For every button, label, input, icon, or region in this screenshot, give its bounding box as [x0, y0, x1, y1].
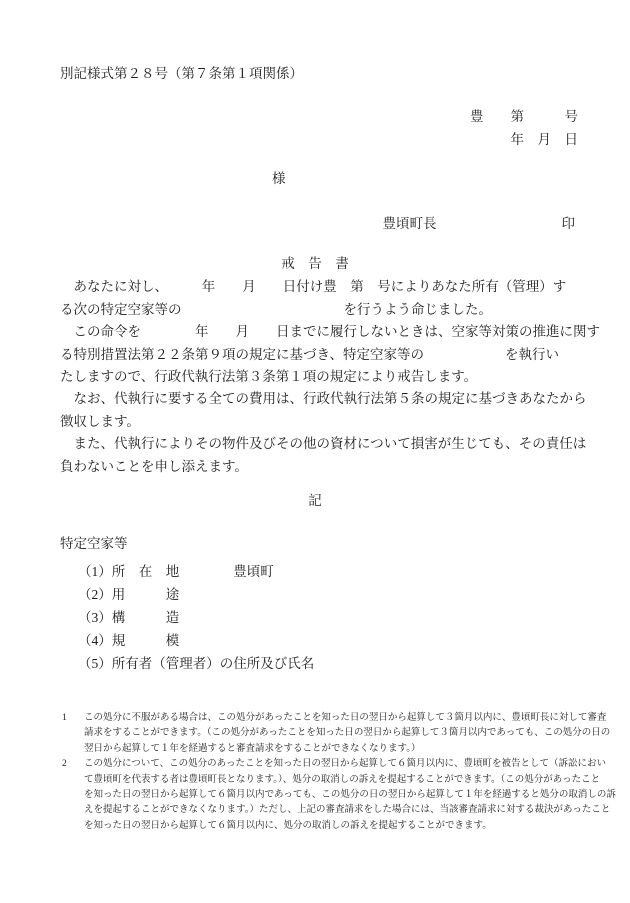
issuer-row: 豊頃町長印 — [0, 213, 575, 235]
note-line: て豊頃町を代表する者は豊頃町長となります。）、処分の取消しの訴えを提起することが… — [84, 773, 616, 788]
note-line: 請求をすることができます。（この処分があったことを知った日の翌日から起算して３箇… — [84, 726, 610, 741]
document-title: 戒 告 書 — [0, 253, 630, 275]
body-line: たしますので、行政代執行法第３条第１項の規定により戒告します。 — [60, 366, 630, 388]
property-item-use: （2）用 途 — [78, 583, 630, 606]
note-line: えを提起することができなくなります。）ただし、上記の審査請求をした場合には、当該… — [84, 803, 616, 818]
body-line: る次の特定空家等の を行うよう命じました。 — [60, 299, 630, 321]
note-item: 1 この処分に不服がある場合は、この処分があったことを知った日の翌日から起算して… — [60, 711, 590, 757]
seal-mark: 印 — [562, 216, 576, 231]
note-text: この処分について、この処分のあったことを知った日の翌日から起算して６箇月以内に、… — [84, 757, 616, 834]
notes-section: 1 この処分に不服がある場合は、この処分があったことを知った日の翌日から起算して… — [60, 711, 590, 834]
date-line: 年 月 日 — [0, 129, 578, 151]
note-text: この処分に不服がある場合は、この処分があったことを知った日の翌日から起算して３箇… — [84, 711, 610, 757]
note-number: 2 — [60, 757, 84, 834]
issuer-name: 豊頃町長 — [383, 216, 437, 231]
form-number: 別記様式第２８号（第７条第１項関係） — [60, 63, 630, 85]
note-line: 翌日から起算して１年を経過すると審査請求をすることができなくなります。） — [84, 742, 610, 757]
body-line: る特別措置法第２２条第９項の規定に基づき、特定空家等の を執行い — [60, 344, 630, 366]
note-number: 1 — [60, 711, 84, 757]
body-line: なお、代執行に要する全ての費用は、行政代執行法第５条の規定に基づきあなたから — [60, 388, 630, 410]
note-line: この処分に不服がある場合は、この処分があったことを知った日の翌日から起算して３箇… — [84, 711, 610, 726]
document-number-line: 豊 第 号 — [0, 106, 578, 128]
note-line: を知った日の翌日から起算して６箇月以内に、処分の取消しの訴えを提起することができ… — [84, 819, 616, 834]
body-text: あなたに対し、 年 月 日付け豊 第 号によりあなた所有（管理）す る次の特定空… — [60, 276, 630, 478]
document-page: 別記様式第２８号（第７条第１項関係） 豊 第 号 年 月 日 様 豊頃町長印 戒… — [0, 0, 630, 903]
body-line: あなたに対し、 年 月 日付け豊 第 号によりあなた所有（管理）す — [60, 276, 630, 298]
property-item-structure: （3）構 造 — [78, 606, 630, 629]
property-list: （1）所 在 地 豊頃町 （2）用 途 （3）構 造 （4）規 模 （5）所有者… — [78, 560, 630, 675]
body-line: 負わないことを申し添えます。 — [60, 456, 630, 478]
note-line: この処分について、この処分のあったことを知った日の翌日から起算して６箇月以内に、… — [84, 757, 616, 772]
note-line: を知った日の翌日から起算して６箇月以内であっても、この処分の日の翌日から起算して… — [84, 788, 616, 803]
record-mark: 記 — [0, 490, 630, 512]
property-item-location: （1）所 在 地 豊頃町 — [78, 560, 630, 583]
body-line: 徴収します。 — [60, 411, 630, 433]
property-item-owner: （5）所有者（管理者）の住所及び氏名 — [78, 652, 630, 675]
note-item: 2 この処分について、この処分のあったことを知った日の翌日から起算して６箇月以内… — [60, 757, 590, 834]
property-heading: 特定空家等 — [60, 533, 630, 555]
addressee-honorific: 様 — [272, 168, 630, 190]
body-line: また、代執行によりその物件及びその他の資材について損害が生じても、その責任は — [60, 433, 630, 455]
body-line: この命令を 年 月 日までに履行しないときは、空家等対策の推進に関す — [60, 321, 630, 343]
property-item-scale: （4）規 模 — [78, 629, 630, 652]
